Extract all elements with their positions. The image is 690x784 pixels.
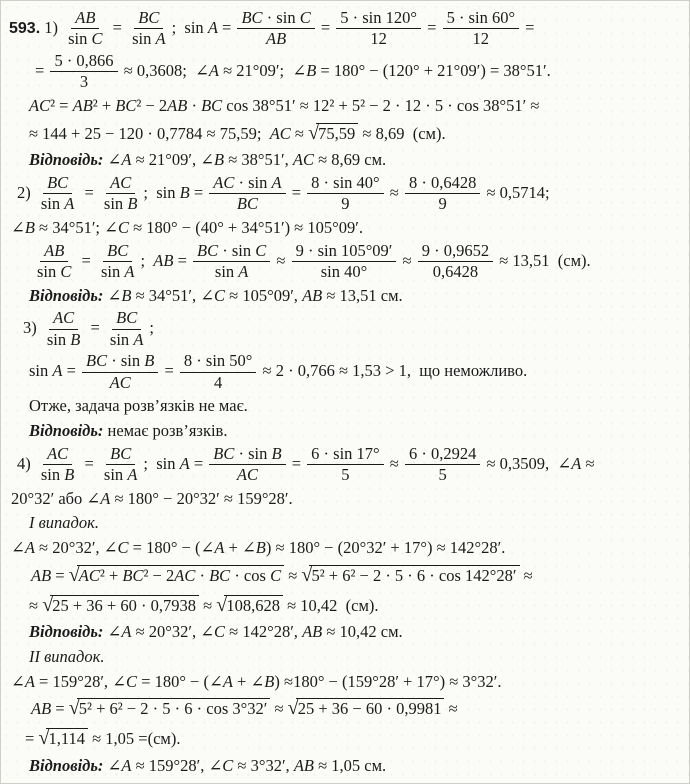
math-text: 9	[439, 194, 447, 213]
math-text: BC	[110, 444, 131, 463]
math-text: ∠	[11, 218, 25, 237]
fraction-denominator: 0,6428	[429, 262, 482, 281]
fraction-denominator: sin 40°	[317, 262, 371, 281]
math-text: =	[80, 183, 98, 202]
math-text: A	[238, 262, 248, 281]
math-text: = 180° − (∠	[137, 672, 223, 691]
math-text: 4)	[17, 454, 35, 473]
fraction-numerator: BC	[43, 174, 72, 194]
math-line: 3) ACsin B = BCsin A;	[23, 309, 683, 349]
math-text: 1)	[40, 18, 62, 37]
math-text: ≈	[520, 566, 533, 585]
math-text: C	[214, 286, 225, 305]
math-text: =	[190, 183, 208, 202]
math-text: + ∠	[224, 538, 255, 557]
math-text: =	[25, 729, 38, 748]
math-text: A	[571, 454, 581, 473]
math-text: C	[300, 8, 311, 27]
fraction-denominator: 5	[337, 465, 353, 484]
math-line: Відповідь: ∠A ≈ 159°28′, ∠C ≈ 3°32′, AB …	[29, 755, 683, 777]
math-text: B	[180, 183, 190, 202]
radicand: 25 + 36 − 60 · 0,9981	[296, 698, 445, 719]
math-text: ≈ 0,5714;	[482, 183, 549, 202]
math-text: ≈ 105°09′,	[225, 286, 302, 305]
fraction-numerator: 9 · 0,9652	[418, 242, 493, 262]
math-text: A	[124, 262, 134, 281]
math-text: ≈	[386, 183, 403, 202]
math-text: 3	[80, 72, 88, 91]
math-text: ) ≈180° − (159°28′ + 17°) ≈ 3°32′.	[274, 672, 501, 691]
fraction: 5 · sin 60°12	[443, 9, 519, 49]
math-text: A	[223, 672, 233, 691]
math-text: B	[144, 351, 154, 370]
square-root: √1,114	[38, 729, 88, 748]
square-root: √108,628	[216, 596, 283, 615]
math-text: ² =	[50, 96, 73, 115]
math-text: C	[255, 241, 266, 260]
math-text: B	[121, 286, 131, 305]
math-text: Відповідь:	[29, 421, 103, 440]
math-line: Відповідь: ∠A ≈ 21°09′, ∠B ≈ 38°51′, AC …	[29, 149, 683, 171]
math-text: ≈ 13,51 см.	[322, 286, 402, 305]
fraction-denominator: sin B	[37, 465, 78, 484]
math-text: AC	[237, 465, 258, 484]
fraction-numerator: 6 · 0,2924	[405, 445, 480, 465]
fraction-denominator: sin A	[37, 194, 78, 213]
math-text: sin	[104, 465, 127, 484]
math-text: =	[218, 18, 236, 37]
square-root: √75,59	[308, 124, 358, 143]
math-text: cos 38°51′ ≈ 12² + 5² − 2 · 12 · 5 · cos…	[222, 96, 539, 115]
math-text: sin	[29, 361, 52, 380]
square-root: √25 + 36 − 60 · 0,9981	[288, 699, 445, 718]
fraction-numerator: 5 · sin 60°	[443, 9, 519, 29]
radicand: AC² + BC² − 2AC · BC · cos C	[77, 565, 284, 586]
math-text: C	[60, 262, 71, 281]
math-text: B	[256, 538, 266, 557]
math-text: ≈ 20°32′, ∠	[131, 622, 214, 641]
fraction-numerator: BC	[134, 9, 163, 29]
math-text: ≈ 8,69 см.	[314, 150, 386, 169]
fraction-numerator: BC	[112, 309, 141, 329]
fraction: BCsin A	[97, 242, 138, 282]
math-text: =	[35, 61, 48, 80]
math-text: =	[317, 18, 335, 37]
fraction-numerator: 6 · sin 17°	[307, 445, 383, 465]
math-text: ≈ 10,42 (см).	[283, 596, 379, 615]
fraction: 8 · sin 40°9	[307, 174, 383, 214]
math-line: 2) BCsin A = ACsin B; sin B = AC · sin A…	[17, 174, 683, 214]
fraction-denominator: AB	[262, 29, 290, 48]
math-text: = 180° − (120° + 21°09′) = 38°51′.	[316, 61, 550, 80]
math-text: ≈	[581, 454, 594, 473]
math-text: BC	[86, 351, 107, 370]
math-text: 2)	[17, 183, 35, 202]
fraction-numerator: 8 · sin 50°	[180, 352, 256, 372]
math-text: sin	[101, 262, 124, 281]
math-text: · sin	[234, 173, 271, 192]
math-text: BC	[138, 8, 159, 27]
math-text: =	[86, 318, 104, 337]
math-text: C	[92, 29, 103, 48]
math-text: ∠	[103, 150, 121, 169]
fraction: 9 · sin 105°09′sin 40°	[292, 242, 397, 282]
fraction-denominator: 9	[337, 194, 353, 213]
fraction-numerator: AC	[43, 445, 72, 465]
math-text: AC	[110, 173, 131, 192]
math-text: B	[272, 444, 282, 463]
fraction-numerator: BC · sin C	[193, 242, 270, 262]
math-text: ² − 2	[136, 96, 167, 115]
fraction-denominator: sin B	[100, 194, 141, 213]
math-text: Отже, задача розв’язків не має.	[29, 396, 248, 415]
fraction-denominator: 9	[435, 194, 451, 213]
math-text: =	[160, 361, 178, 380]
math-text: ≈ 0,3509, ∠	[482, 454, 571, 473]
fraction: ACsin B	[43, 309, 84, 349]
math-text: sin 40°	[321, 262, 367, 281]
math-text: 3)	[23, 318, 41, 337]
math-text: AB	[75, 8, 95, 27]
math-text: 5	[341, 465, 349, 484]
math-text: 9 · 0,9652	[422, 241, 489, 260]
math-text: =	[521, 18, 534, 37]
fraction: BCsin A	[106, 309, 147, 349]
fraction: BC · sin Csin A	[193, 242, 270, 282]
math-text: A	[25, 672, 35, 691]
math-text: BC	[115, 96, 136, 115]
math-text: 5² + 6² − 2 · 5 · 6 · cos 3°32′	[79, 699, 268, 718]
math-text: ≈ 180° − (40° + 34°51′) ≈ 105°09′.	[129, 218, 363, 237]
math-text: 1,114	[48, 729, 85, 748]
math-line: ∠A = 159°28′, ∠C = 180° − (∠A + ∠B) ≈180…	[11, 671, 683, 693]
math-text: ≈ 159°28′, ∠	[131, 756, 222, 775]
math-text: A	[100, 489, 110, 508]
math-text: B	[214, 150, 224, 169]
math-text: A	[121, 756, 131, 775]
fraction-denominator: sin C	[33, 262, 75, 281]
math-text: B	[64, 465, 74, 484]
math-text: 6 · 0,2924	[409, 444, 476, 463]
math-text: BC	[116, 308, 137, 327]
fraction-denominator: BC	[233, 194, 262, 213]
math-text: AB	[294, 756, 314, 775]
math-text: =	[51, 566, 69, 585]
fraction: 5 · sin 120°12	[336, 9, 421, 49]
math-text: =	[288, 183, 306, 202]
math-text: немає розв’язків.	[103, 421, 227, 440]
math-text: C	[222, 756, 233, 775]
fraction: 8 · sin 50°4	[180, 352, 256, 392]
math-text: 593.	[9, 20, 40, 37]
math-text: =	[77, 250, 95, 269]
math-text: ≈ 10,42 см.	[322, 622, 402, 641]
fraction-numerator: BC	[106, 445, 135, 465]
fraction-numerator: 5 · 0,866	[50, 52, 117, 72]
fraction-denominator: sin A	[106, 330, 147, 349]
fraction-numerator: BC	[103, 242, 132, 262]
math-text: Відповідь:	[29, 286, 103, 305]
math-text: BC	[122, 566, 143, 585]
math-line: ІІ випадок.	[29, 646, 683, 668]
math-line: AB = √5² + 6² − 2 · 5 · 6 · cos 3°32′ ≈ …	[31, 695, 683, 722]
math-line: 20°32′ або ∠A ≈ 180° − 20°32′ ≈ 159°28′.	[11, 488, 683, 510]
math-line: ≈ √25 + 36 + 60 · 0,7938 ≈ √108,628 ≈ 10…	[29, 592, 683, 619]
fraction-denominator: sin A	[128, 29, 169, 48]
math-text: 9	[341, 194, 349, 213]
math-text: ; sin	[172, 18, 208, 37]
math-text: ∠	[103, 622, 121, 641]
fraction: BC · sin BAC	[209, 445, 285, 485]
math-text: A	[214, 538, 224, 557]
fraction-numerator: 9 · sin 105°09′	[292, 242, 397, 262]
math-text: C	[214, 622, 225, 641]
math-text: ;	[149, 318, 154, 337]
math-text: C	[118, 538, 129, 557]
math-text: =	[62, 361, 80, 380]
fraction-numerator: AC	[49, 309, 78, 329]
math-text: ; sin	[143, 183, 179, 202]
math-line: І випадок.	[29, 512, 683, 534]
fraction-numerator: BC · sin B	[82, 352, 158, 372]
math-text: ² +	[93, 96, 116, 115]
math-line: = 5 · 0,8663 ≈ 0,3608; ∠A ≈ 21°09′; ∠B =…	[35, 52, 683, 92]
radicand: 75,59	[316, 123, 358, 144]
math-text: Відповідь:	[29, 622, 103, 641]
math-text: ≈ 21°09′; ∠	[219, 61, 306, 80]
math-text: 12	[473, 29, 490, 48]
fraction: BCsin A	[100, 445, 141, 485]
math-text: AC	[213, 173, 234, 192]
math-text: AC	[293, 150, 314, 169]
math-text: sin	[68, 29, 91, 48]
math-text: A	[64, 194, 74, 213]
radicand: 108,628	[224, 595, 283, 616]
fraction-denominator: 12	[469, 29, 494, 48]
math-text: BC	[107, 241, 128, 260]
math-text: · sin	[218, 241, 255, 260]
fraction-numerator: AC · sin A	[209, 174, 285, 194]
math-text: 75,59	[318, 124, 355, 143]
math-text: ≈ 1,05 =(см).	[88, 729, 181, 748]
math-text: BC	[213, 444, 234, 463]
math-text: ·	[187, 96, 201, 115]
fraction-denominator: AC	[233, 465, 262, 484]
math-text: AC	[79, 566, 100, 585]
math-text: A	[133, 330, 143, 349]
math-text: B	[70, 330, 80, 349]
math-text: sin	[104, 194, 127, 213]
math-text: A	[272, 173, 282, 192]
math-text: ≈ 34°51′; ∠	[35, 218, 118, 237]
math-text: B	[306, 61, 316, 80]
math-text: B	[25, 218, 35, 237]
math-text: =	[51, 699, 69, 718]
math-text: BC	[237, 194, 258, 213]
math-text: ≈ 1,05 см.	[314, 756, 386, 775]
math-text: AB	[266, 29, 286, 48]
math-text: ≈	[272, 250, 289, 269]
fraction-numerator: BC · sin B	[209, 445, 285, 465]
math-text: AC	[270, 124, 291, 143]
math-text: BC	[47, 173, 68, 192]
math-text: AB	[73, 96, 93, 115]
math-text: · sin	[107, 351, 144, 370]
math-text: ² − 2	[143, 566, 174, 585]
math-text: 8 · 0,6428	[409, 173, 476, 192]
math-text: ≈	[284, 566, 301, 585]
math-line: Відповідь: ∠A ≈ 20°32′, ∠C ≈ 142°28′, AB…	[29, 621, 683, 643]
math-text: A	[25, 538, 35, 557]
math-text: AB	[31, 699, 51, 718]
fraction: ACsin B	[37, 445, 78, 485]
math-text: · sin	[234, 444, 271, 463]
math-text: ·	[195, 566, 209, 585]
math-text: sin	[215, 262, 238, 281]
math-line: AC² = AB² + BC² − 2AB · BC cos 38°51′ ≈ …	[29, 95, 683, 117]
math-text: BC	[201, 96, 222, 115]
math-text: 108,628	[226, 596, 280, 615]
radicand: 25 + 36 + 60 · 0,7938	[50, 595, 199, 616]
math-text: A	[127, 465, 137, 484]
math-text: =	[173, 250, 191, 269]
math-text: A	[121, 150, 131, 169]
math-text: · cos	[230, 566, 270, 585]
math-text: ≈ 13,51 (см).	[495, 250, 591, 269]
math-text: BC	[209, 566, 230, 585]
math-text: ІІ випадок.	[29, 647, 104, 666]
square-root: √AC² + BC² − 2AC · BC · cos C	[69, 566, 284, 585]
math-text: BC	[241, 8, 262, 27]
math-text: C	[126, 672, 137, 691]
math-text: ≈	[444, 699, 457, 718]
fraction-numerator: 8 · sin 40°	[307, 174, 383, 194]
fraction: 8 · 0,64289	[405, 174, 480, 214]
fraction: 9 · 0,96520,6428	[418, 242, 493, 282]
fraction: BC · sin BAC	[82, 352, 158, 392]
math-text: B	[127, 194, 137, 213]
math-text: ≈ 34°51′, ∠	[131, 286, 214, 305]
math-text: 0,6428	[433, 262, 478, 281]
math-text: 5 · sin 120°	[340, 8, 417, 27]
fraction: BCsin A	[128, 9, 169, 49]
math-text: ² +	[100, 566, 123, 585]
math-text: І випадок.	[29, 513, 99, 532]
math-text: ≈	[291, 124, 308, 143]
math-line: 593. 1) ABsin C = BCsin A; sin A = BC · …	[9, 9, 683, 49]
fraction: ACsin B	[100, 174, 141, 214]
math-text: sin	[37, 262, 60, 281]
solution-lines: 593. 1) ABsin C = BCsin A; sin A = BC · …	[5, 9, 683, 776]
math-text: 8 · sin 40°	[311, 173, 379, 192]
fraction-denominator: 12	[366, 29, 391, 48]
math-text: Відповідь:	[29, 150, 103, 169]
math-text: A	[121, 622, 131, 641]
math-text: sin	[41, 465, 64, 484]
math-line: sin A = BC · sin BAC = 8 · sin 50°4 ≈ 2 …	[29, 352, 683, 392]
math-line: Відповідь: немає розв’язків.	[29, 420, 683, 442]
math-text: ≈	[398, 250, 415, 269]
math-text: ∠	[103, 756, 121, 775]
math-text: ∠	[11, 672, 25, 691]
math-text: 25 + 36 − 60 · 0,9981	[298, 699, 442, 718]
math-text: ;	[140, 250, 153, 269]
fraction-numerator: AB	[40, 242, 68, 262]
math-text: ≈	[270, 699, 287, 718]
math-text: ) ≈ 180° − (20°32′ + 17°) ≈ 142°28′.	[266, 538, 505, 557]
math-text: = 180° − (∠	[129, 538, 215, 557]
math-text: ≈ 142°28′,	[225, 622, 302, 641]
math-text: AC	[110, 373, 131, 392]
math-text: ≈ 20°32′, ∠	[35, 538, 118, 557]
math-text: 5² + 6² − 2 · 5 · 6 · cos 142°28′	[311, 566, 516, 585]
math-text: A	[208, 18, 218, 37]
fraction: BCsin A	[37, 174, 78, 214]
fraction-numerator: 8 · 0,6428	[405, 174, 480, 194]
math-text: ≈ 8,69 (см).	[358, 124, 445, 143]
math-line: = √1,114 ≈ 1,05 =(см).	[25, 725, 683, 752]
math-text: AC	[174, 566, 195, 585]
math-text: ≈ 180° − 20°32′ ≈ 159°28′.	[110, 489, 292, 508]
fraction: 6 · sin 17°5	[307, 445, 383, 485]
math-text: AC	[47, 444, 68, 463]
fraction-numerator: AC	[106, 174, 135, 194]
math-text: sin	[41, 194, 64, 213]
math-text: A	[180, 454, 190, 473]
math-text: ≈	[29, 596, 42, 615]
math-line: AB = √AC² + BC² − 2AC · BC · cos C ≈ √5²…	[31, 562, 683, 589]
math-line: ≈ 144 + 25 − 120 · 0,7784 ≈ 75,59; AC ≈ …	[29, 120, 683, 147]
math-text: ≈ 38°51′,	[224, 150, 293, 169]
fraction-denominator: sin A	[211, 262, 252, 281]
math-line: 4) ACsin B = BCsin A; sin A = BC · sin B…	[17, 445, 683, 485]
square-root: √25 + 36 + 60 · 0,7938	[42, 596, 199, 615]
math-text: 5 · 0,866	[54, 51, 113, 70]
fraction: 6 · 0,29245	[405, 445, 480, 485]
math-text: ∠	[103, 286, 121, 305]
math-text: 8 · sin 50°	[184, 351, 252, 370]
math-text: ≈ 21°09′, ∠	[131, 150, 214, 169]
math-text: ≈ 144 + 25 − 120 · 0,7784 ≈ 75,59;	[29, 124, 270, 143]
fraction-denominator: 4	[210, 373, 226, 392]
math-text: AC	[29, 96, 50, 115]
fraction-denominator: sin A	[97, 262, 138, 281]
math-text: 5	[439, 465, 447, 484]
math-text: =	[190, 454, 208, 473]
math-text: C	[270, 566, 281, 585]
math-text: AB	[302, 622, 322, 641]
fraction: 5 · 0,8663	[50, 52, 117, 92]
fraction: ABsin C	[64, 9, 106, 49]
math-line: Відповідь: ∠B ≈ 34°51′, ∠C ≈ 105°09′, AB…	[29, 285, 683, 307]
math-text: 12	[370, 29, 387, 48]
fraction-denominator: sin C	[64, 29, 106, 48]
math-text: =	[80, 454, 98, 473]
math-text: sin	[110, 330, 133, 349]
math-text: ∠	[11, 538, 25, 557]
math-line: ABsin C = BCsin A; AB = BC · sin Csin A …	[31, 242, 683, 282]
math-text: =	[109, 18, 127, 37]
fraction-numerator: AB	[71, 9, 99, 29]
math-text: AB	[31, 566, 51, 585]
math-text: AB	[167, 96, 187, 115]
math-text: = 159°28′, ∠	[35, 672, 126, 691]
math-text: + ∠	[233, 672, 264, 691]
fraction-numerator: 5 · sin 120°	[336, 9, 421, 29]
math-text: 4	[214, 373, 222, 392]
radicand: 1,114	[46, 728, 88, 749]
math-text: ≈	[199, 596, 216, 615]
